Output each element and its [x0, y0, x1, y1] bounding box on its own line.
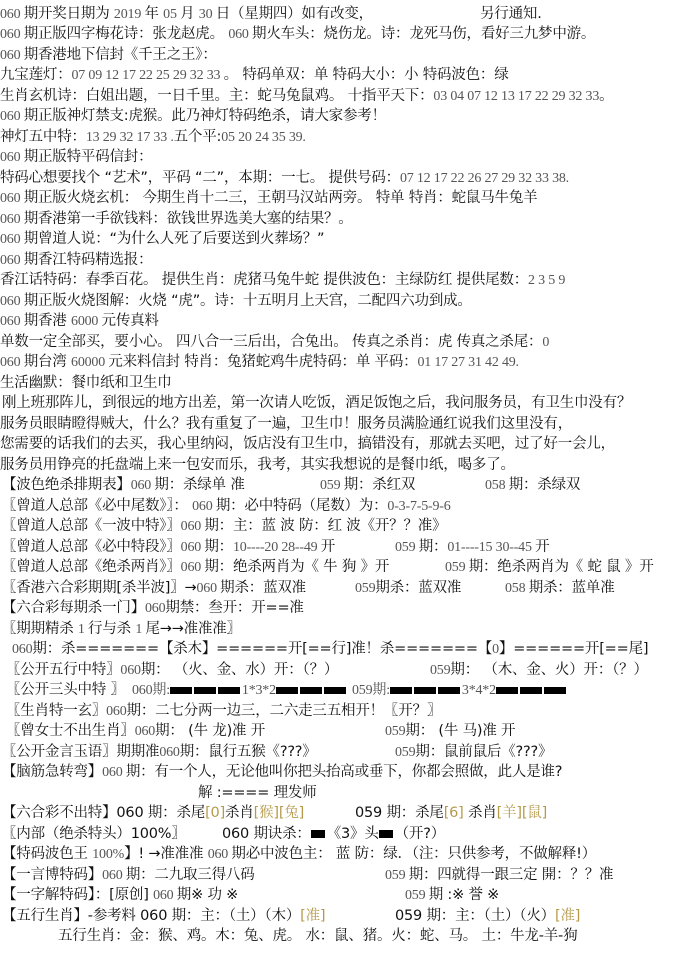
- text-segment: 【波色绝杀排期表】060 期：杀绿单 准: [2, 475, 245, 496]
- text-segment: 059期： (牛 马)准 开: [385, 721, 515, 742]
- text-segment: 〖曾道人总部《绝杀两肖》〗060 期：绝杀两肖为《 牛 狗 》开: [2, 557, 389, 578]
- bar-icon: [520, 687, 542, 694]
- text-segment: 060期：杀=======【杀木】======开[==行]准！杀=======【…: [12, 639, 648, 660]
- bar-icon: [544, 687, 566, 694]
- santou-label: 〖公开三头中特 〗: [6, 680, 125, 700]
- text-segment: 060 期曾道人说：“为什么人死了后要送到火葬场？”: [0, 229, 324, 250]
- bar-icon: [438, 687, 460, 694]
- text-segment: 服务员眼睛瞪得贼大，什么？我有重复了一遍，卫生巾！服务员满脸通红说我们这里没有，: [0, 414, 572, 434]
- text-segment: 〖曾道人总部《必中特段》〗060 期：10----20 28--49 开: [2, 537, 335, 558]
- text-segment: 060 期香港 6000 元传真料: [0, 311, 159, 332]
- text-segment: 059 期：四就得一跟三定 開：？？准: [385, 865, 613, 886]
- text-segment: 060 期香港地下信封《千王之王》：: [0, 45, 217, 66]
- text-segment: 单数一定全部买，要小心。 四八合一三后出，合兔出。 传真之杀肖：虎 传真之杀尾：…: [0, 332, 549, 353]
- text-segment: 060 期正版神灯禁支:虎猴。此乃神灯特码绝杀，请大家参考！: [0, 106, 386, 127]
- bar-icon: [194, 687, 216, 694]
- text-segment: 〖公开五行中特〗060期： （火、金、水）开：（？）: [6, 660, 338, 681]
- text-segment: 【六合彩每期杀一门】060期禁：叁开：开==准: [2, 598, 304, 619]
- santou-059: 059期:3*4*2: [352, 680, 568, 701]
- text-segment: 059 期：01----15 30--45 开: [395, 537, 549, 558]
- text-segment: 060 期开奖日期为 2019 年 05 月 30 日（星期四）如有改变，: [0, 4, 373, 25]
- bar-icon: [276, 687, 298, 694]
- text-segment: 另行通知.: [480, 4, 542, 24]
- bar-icon: [496, 687, 518, 694]
- bar-icon: [218, 687, 240, 694]
- bar-icon: [300, 687, 322, 694]
- text-segment: 〖生肖特一玄〗060期：二七分两一边三，二六走三五相开！〖开？〗: [6, 701, 441, 722]
- text-segment: 059 期：绝杀两肖为《 蛇 鼠 》开: [445, 557, 654, 578]
- text-segment: 生活幽默：餐巾纸和卫生巾: [0, 373, 172, 393]
- text-segment: 060 期正版特平码信封：: [0, 147, 152, 168]
- text-segment: 〖曾道人总部《一波中特》〗060 期：主：蓝 波 防：红 波《开？？准》: [2, 516, 446, 537]
- text-segment: 059 期：杀红双: [320, 475, 415, 496]
- bar-icon: [379, 830, 393, 838]
- text-segment: 059期杀：蓝双准: [355, 578, 461, 599]
- santou-060: 060期:1*3*2: [132, 680, 348, 701]
- text-segment: 【脑筋急转弯】060 期：有一个人，无论他叫你把头抬高或垂下，你都会照做，此人是…: [2, 762, 562, 783]
- text-segment: 您需要的话我们的去买，我心里纳闷，饭店没有卫生巾，搞错没有，那就去买吧，过了好一…: [0, 434, 615, 454]
- text-segment: 神灯五中特：13 29 32 17 33 .五个平:05 20 24 35 39…: [0, 127, 306, 148]
- text-segment: 060 期正版火烧玄机： 今期生肖十二三，王朝马汉站两旁。 特单 特肖：蛇鼠马牛…: [0, 188, 537, 209]
- text-segment: 〖公开金言玉语〗期期准060期：鼠行五猴《???》: [2, 742, 317, 763]
- text-segment: 058 期杀：蓝单准: [505, 578, 615, 599]
- bar-icon: [311, 830, 325, 838]
- text-segment: 060 期台湾 60000 元来料信封 特肖：兔猪蛇鸡牛虎特码：单 平码：01 …: [0, 352, 519, 373]
- text-segment: 刚上班那阵儿，到很远的地方出差，第一次请人吃饭，酒足饭饱之后，我问服务员，有卫生…: [2, 393, 631, 413]
- bar-icon: [324, 687, 346, 694]
- text-segment: 〖曾道人总部《必中尾数》〗： 060 期：必中特码（尾数）为：0-3-7-5-9…: [2, 496, 451, 517]
- text-segment: 059 期 :※ 誉 ※: [405, 885, 499, 906]
- text-segment: 生肖玄机诗：白姐出题，一日千里。主：蛇马兔鼠鸡。 十指平天下：03 04 07 …: [0, 86, 613, 107]
- text-segment: 解 :==== 理发师: [198, 783, 317, 803]
- text-segment: 【一言博特码】060 期：二九取三得八码: [2, 865, 255, 886]
- bar-icon: [414, 687, 436, 694]
- text-segment: 〖曾女士不出生肖〗060期： (牛 龙)准 开: [6, 721, 265, 742]
- text-segment: 060 期香港第一手欲钱料：欲钱世界选美大塞的结果？。: [0, 209, 353, 230]
- bar-icon: [170, 687, 192, 694]
- text-segment: 【一字解特码】：[原创] 060 期※ 功 ※: [2, 885, 238, 906]
- text-segment: 特码心想要找个 “艺术”，平码 “二”，本期：一七。 提供号码：07 12 17…: [0, 168, 569, 189]
- text-segment: 九宝莲灯：07 09 12 17 22 25 29 32 33 。 特码单双：单…: [0, 65, 509, 86]
- text-segment: 香江话特码：春季百花。 提供生肖：虎猪马兔牛蛇 提供波色：主绿防红 提供尾数：2…: [0, 270, 565, 291]
- text-segment: 〖期期精杀 1 行与杀 1 尾→→准准准〗: [2, 619, 241, 640]
- text-segment: 060 期正版火烧图解：火烧 “虎”。诗：十五明月上天宫，二配四六功到成。: [0, 291, 472, 312]
- bar-icon: [390, 687, 412, 694]
- text-segment: 060 期香江特码精选报：: [0, 250, 152, 271]
- text-segment: 〖香港六合彩期期[杀半波]〗→060 期杀：蓝双准: [2, 578, 306, 599]
- text-segment: 【特码波色王 100%】! →准准准 060 期必中波色主： 蓝 防：绿．（注：…: [2, 844, 596, 865]
- text-segment: 060 期正版四字梅花诗：张龙赵虎。 060 期火车头：烧伤龙。诗：龙死马伤，看…: [0, 24, 595, 45]
- text-segment: 059期：鼠前鼠后《???》: [395, 742, 552, 763]
- text-segment: 058 期：杀绿双: [485, 475, 580, 496]
- text-segment: 059期： （木、金、火）开：（？）: [430, 660, 648, 681]
- text-segment: 服务员用铮亮的托盘端上来一包安而乐，我考，其实我想说的是餐巾纸，喝多了。: [0, 455, 515, 475]
